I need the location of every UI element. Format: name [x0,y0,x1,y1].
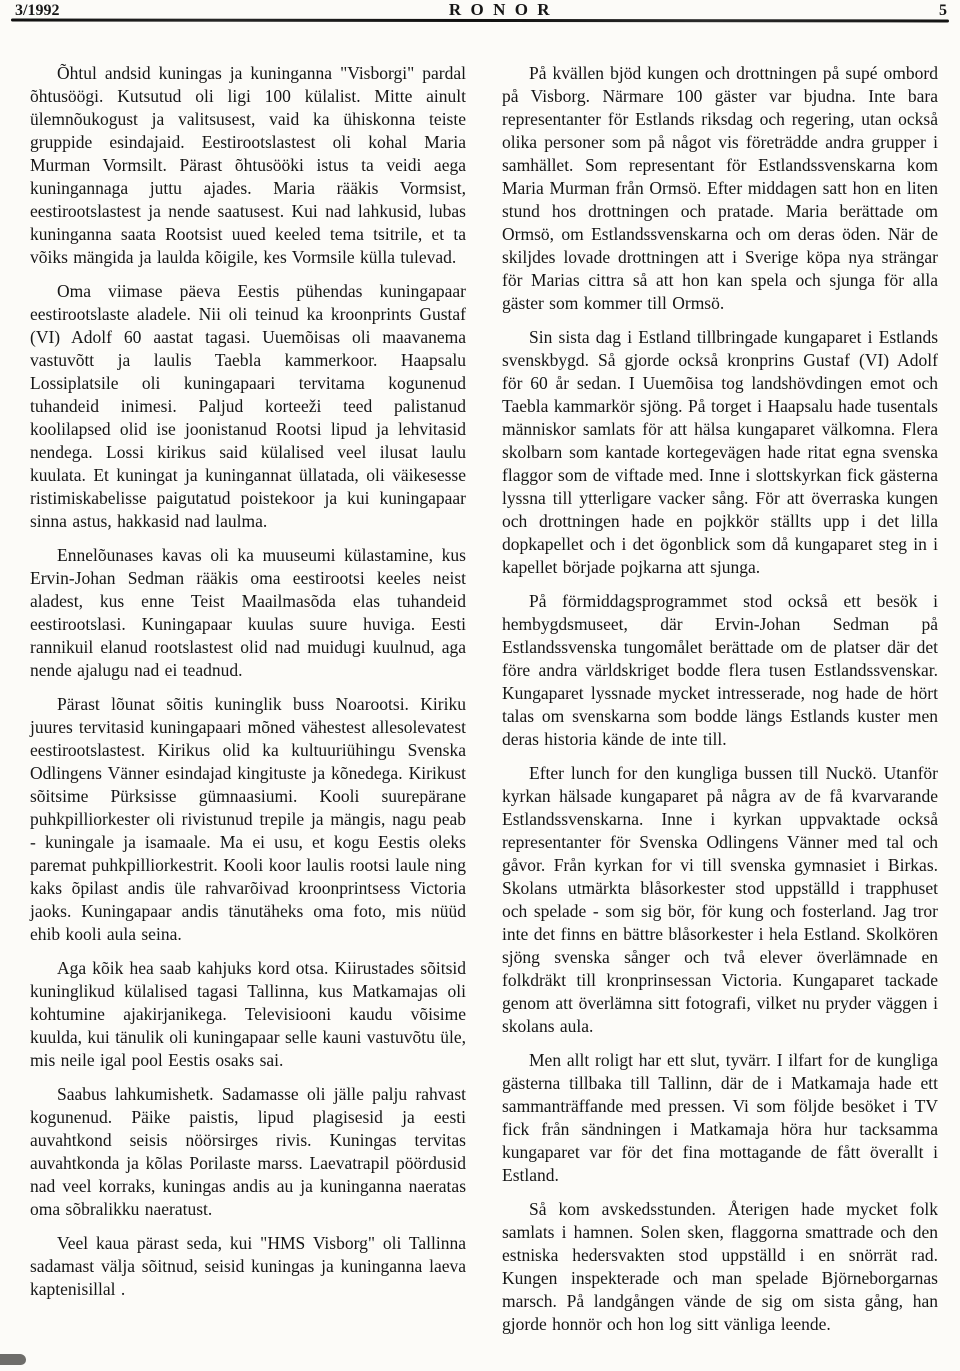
paragraph: På kvällen bjöd kungen och drottningen p… [502,62,938,315]
page-number: 5 [939,2,947,19]
paragraph: På förmiddagsprogrammet stod också ett b… [502,590,938,751]
paragraph: Ennelõunases kavas oli ka muuseumi külas… [30,544,466,682]
issue-number: 3/1992 [15,2,59,19]
paragraph: Oma viimase päeva Eestis pühendas kuning… [30,280,466,533]
paragraph: Men allt roligt har ett slut, tyvärr. I … [502,1049,938,1187]
journal-title: RONOR [449,1,559,18]
paragraph: Aga kõik hea saab kahjuks kord otsa. Kii… [30,957,466,1072]
paragraph: Så kom avskedsstunden. Återigen hade myc… [502,1198,938,1336]
right-column-swedish-text: På kvällen bjöd kungen och drottningen p… [502,62,938,1347]
scan-artifact [0,1354,26,1365]
paragraph: Sin sista dag i Estland tillbringade kun… [502,326,938,579]
header-rule [11,19,949,23]
article-body: Õhtul andsid kuningas ja kuninganna "Vis… [30,62,938,1347]
left-column-estonian-text: Õhtul andsid kuningas ja kuninganna "Vis… [30,62,466,1347]
page-header: 3/1992 RONOR 5 [15,1,947,19]
paragraph: Saabus lahkumishetk. Sadamasse oli jälle… [30,1083,466,1221]
document-page: 3/1992 RONOR 5 Õhtul andsid kuningas ja … [0,0,960,1371]
paragraph: Efter lunch for den kungliga bussen till… [502,762,938,1038]
paragraph: Õhtul andsid kuningas ja kuninganna "Vis… [30,62,466,269]
paragraph: Pärast lõunat sõitis kuninglik buss Noar… [30,693,466,946]
paragraph: Veel kaua pärast seda, kui "HMS Visborg"… [30,1232,466,1301]
